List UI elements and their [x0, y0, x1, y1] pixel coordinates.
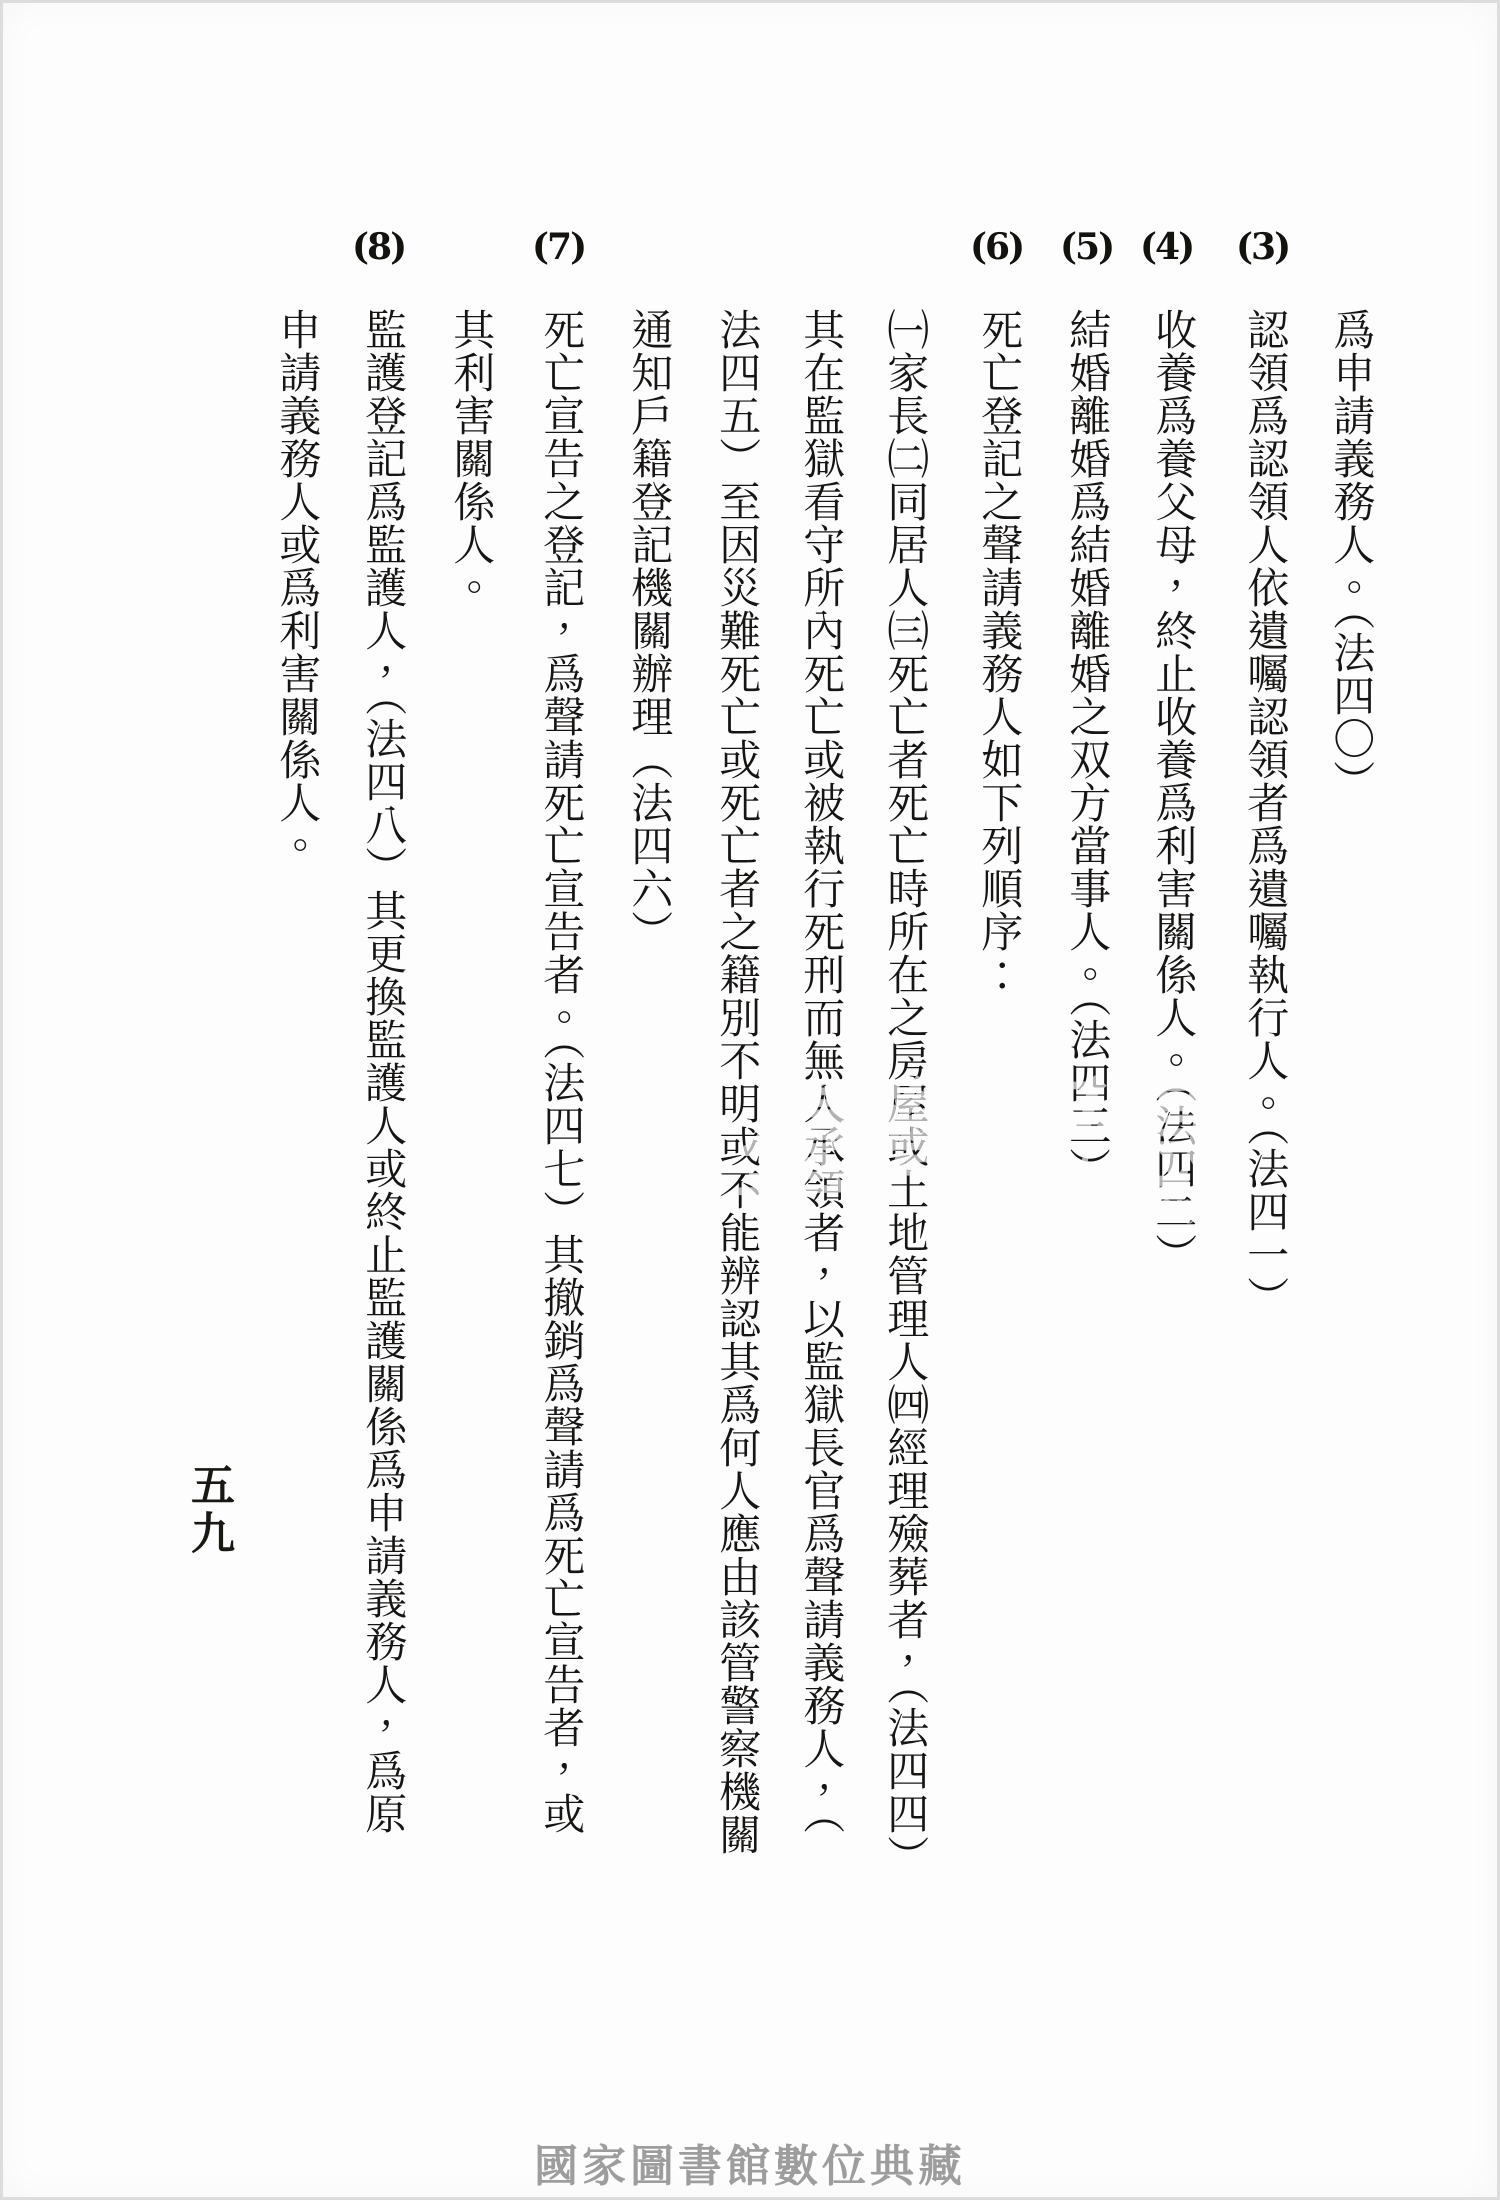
text-column-2: 認領爲認領人依遺囑認領者爲遺囑執行人。（法四一） [1240, 308, 1288, 1319]
footer-credit: 國家圖書館數位典藏 [0, 2130, 1500, 2194]
text-column-4: 結婚離婚爲結婚離婚之双方當事人。（法四三） [1062, 308, 1110, 1190]
text-column-8: 法四五）至因災難死亡或死亡者之籍別不明或不能辨認其爲何人應由該管警察機關 [712, 308, 760, 1856]
item-marker-4: (4) [1140, 226, 1193, 268]
text-column-10: 死亡宣告之登記，爲聲請死亡宣告者。（法四七）其撤銷爲聲請爲死亡宣告者，或 [536, 308, 584, 1835]
text-column-13: 申請義務人或爲利害關係人。 [272, 308, 320, 867]
text-column-11: 其利害關係人。 [446, 308, 494, 609]
text-column-1: 爲申請義務人。（法四〇） [1326, 308, 1374, 803]
item-marker-5: (5) [1060, 226, 1113, 268]
text-column-7: 其在監獄看守所內死亡或被執行死刑而無人承領者，以監獄長官爲聲請義務人，（ [796, 308, 844, 1835]
text-column-5: 死亡登記之聲請義務人如下列順序： [974, 308, 1022, 996]
scanned-document-page: (3) (4) (5) (6) (7) (8) 爲申請義務人。（法四〇） 認領爲… [0, 0, 1500, 2200]
text-column-6: ㈠家長㈡同居人㈢死亡者死亡時所在之房屋或土地管理人㈣經理殮葬者，（法四四） [880, 308, 928, 1878]
item-marker-3: (3) [1236, 226, 1289, 268]
item-marker-7: (7) [532, 226, 585, 268]
item-marker-8: (8) [352, 226, 405, 268]
page-number: 五九 [176, 1462, 240, 1558]
text-column-12: 監護登記爲監護人，（法四八）其更換監護人或終止監護關係爲申請義務人，爲原 [358, 308, 406, 1835]
text-column-9: 通知戶籍登記機關辦理（法四六） [624, 308, 672, 953]
text-column-3: 收養爲養父母，終止收養爲利害關係人。（法四二） [1148, 308, 1196, 1276]
item-marker-6: (6) [970, 226, 1023, 268]
